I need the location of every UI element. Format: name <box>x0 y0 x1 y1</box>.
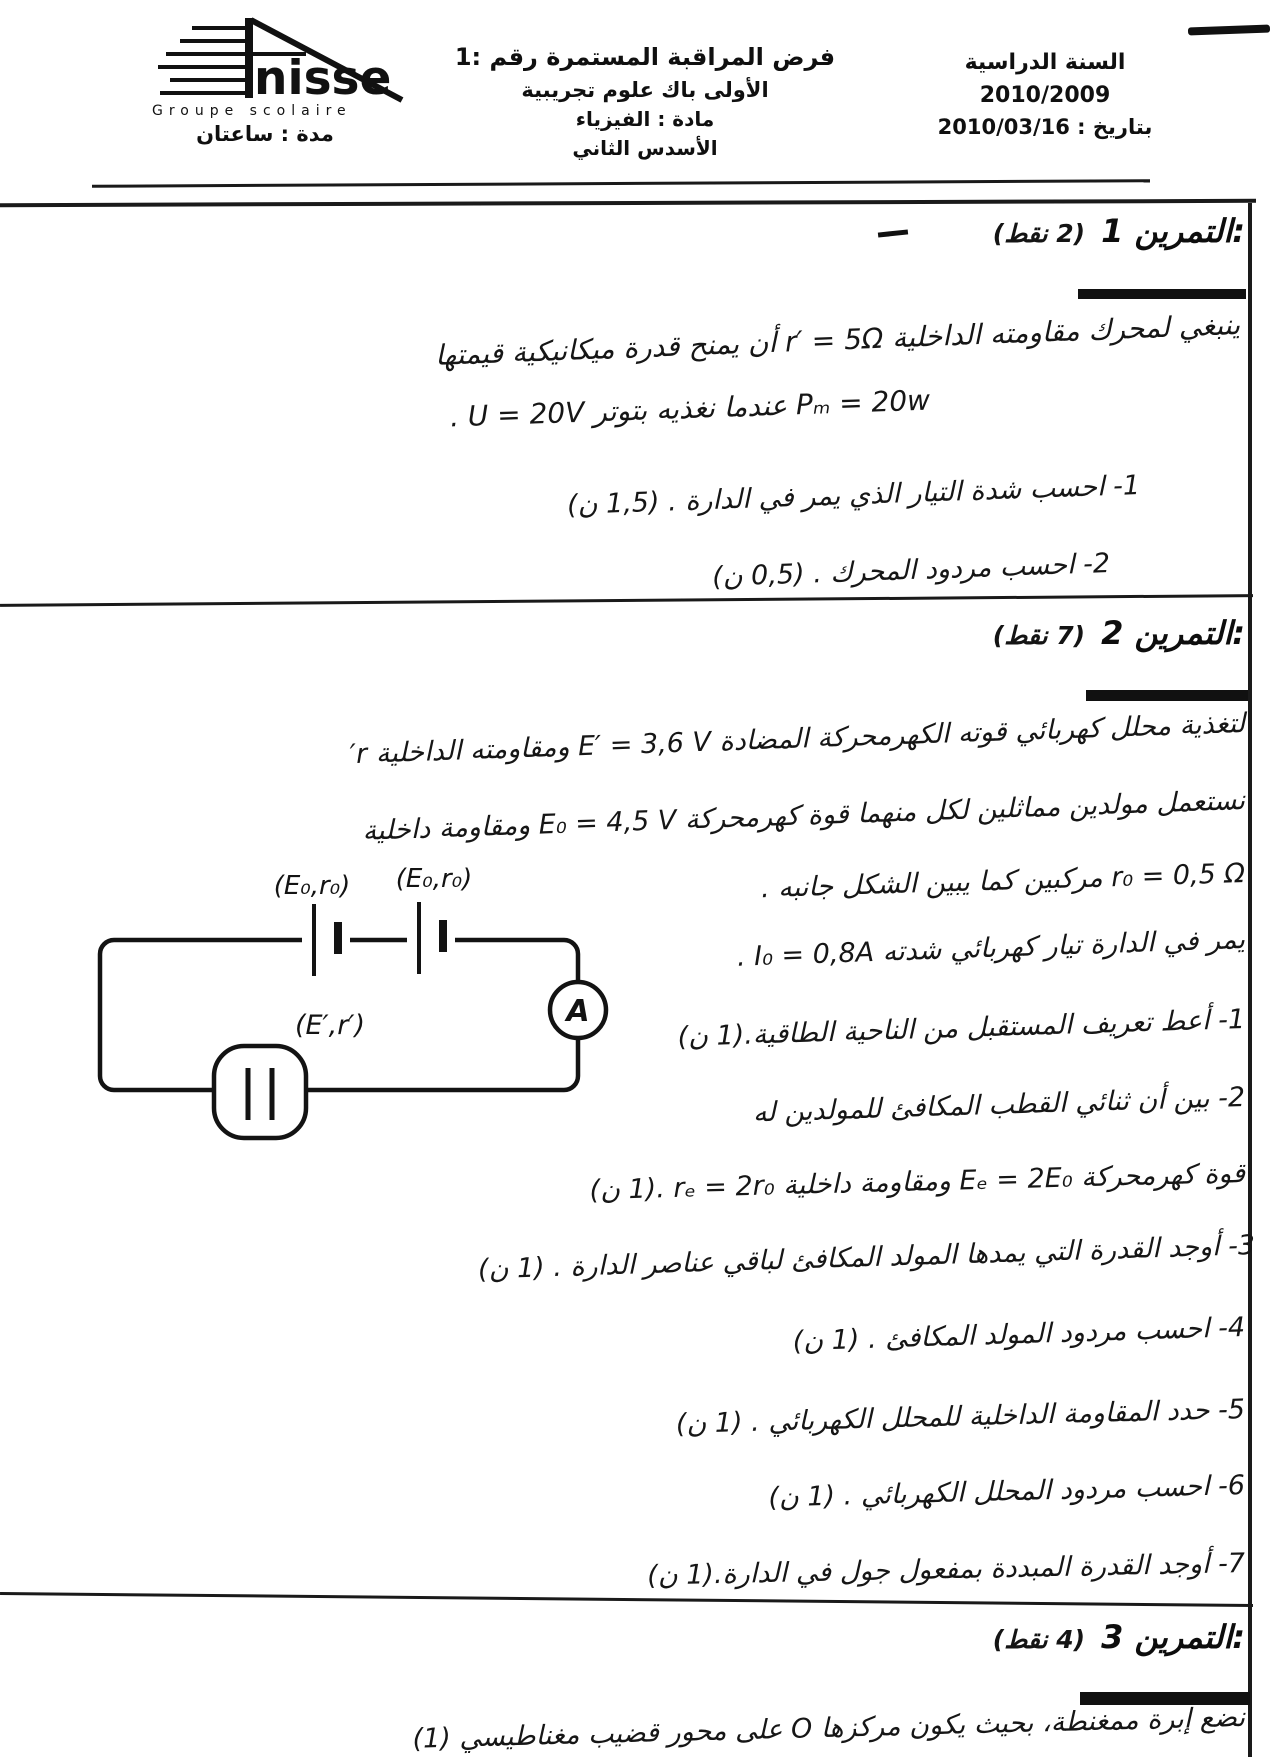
exam-title: فرض المراقبة المستمرة رقم :1 <box>430 40 860 75</box>
exercise1-underline <box>1078 289 1246 299</box>
exercise2-question5: 5- حدد المقاومة الداخلية للمحلل الكهربائ… <box>230 1394 1245 1452</box>
exercise1-title: التمرين 1: <box>1101 212 1245 250</box>
exercise1-intro-line2: Pₘ = 20w عندما نغذيه بتوتر U = 20V . <box>300 378 1081 438</box>
logo-text: nisse <box>254 51 391 106</box>
exercise2-title-row: التمرين 2: (7 نقط) <box>700 614 1245 652</box>
header-rule-2 <box>0 199 1256 207</box>
exercise2-question2-line2: قوة كهرمحركة Eₑ = 2E₀ ومقاومة داخلية rₑ … <box>250 1158 1245 1215</box>
school-year-value: 2010/2009 <box>865 79 1225 112</box>
header-rule-1 <box>92 179 1150 188</box>
generator1-symbol <box>302 904 350 976</box>
generator2-symbol <box>407 902 455 974</box>
exercise2-intro-line1: لتغذية محلل كهربائي قوته الكهرمحركة المض… <box>40 708 1245 781</box>
exercise2-question2-line1: 2- بين أن ثنائي القطب المكافئ للمولدين ل… <box>620 1082 1246 1133</box>
divider-rule-2 <box>0 1592 1253 1607</box>
divider-rule-1 <box>0 594 1253 607</box>
exercise1-intro-line1: ينبغي لمحرك مقاومته الداخلية r′ = 5Ω أن … <box>70 308 1240 386</box>
electrolyzer-label: (E′,r′) <box>295 1010 365 1041</box>
generator1-label: (E₀,r₀) <box>274 871 351 901</box>
exam-subject: مادة : الفيزياء <box>430 105 860 134</box>
exam-date: بتاريخ : 2010/03/16 <box>865 112 1225 144</box>
corner-scan-mark <box>1188 25 1270 36</box>
electrolyzer-symbol <box>214 1046 306 1138</box>
exercise1-points: (2 نقط) <box>993 219 1085 248</box>
exercise2-question1: 1- أعط تعريف المستقبل من الناحية الطاقية… <box>560 1004 1246 1057</box>
exercise1-question1: 1- احسب شدة التيار الذي يمر في الدارة . … <box>420 470 1141 526</box>
exercise2-current-statement: يمر في الدارة تيار كهربائي شدته I₀ = 0,8… <box>620 924 1246 977</box>
exercise1-title-row: التمرين 1: (2 نقط) <box>700 212 1245 250</box>
exam-duration: مدة : ساعتان <box>150 122 380 146</box>
exercise2-points: (7 نقط) <box>993 621 1085 650</box>
exercise2-question7: 7- أوجد القدرة المبددة بمفعول جول في الد… <box>230 1548 1245 1600</box>
margin-rule-vertical <box>1248 203 1252 1757</box>
header-logo: nisse Groupe scolaire <box>130 10 420 122</box>
exercise2-question3: 3- أوجد القدرة التي يمدها المولد المكافئ… <box>120 1230 1255 1297</box>
exercise2-underline <box>1086 690 1248 701</box>
exercise2-intro-line2: نستعمل مولدين مماثلين لكل منهما قوة كهرم… <box>40 785 1245 858</box>
inisse-logo-icon: nisse Groupe scolaire <box>130 10 420 122</box>
exercise3-intro-line1: نضع إبرة ممغنطة، بحيث يكون مركزها O على … <box>60 1702 1245 1757</box>
exam-scan-page: nisse Groupe scolaire مدة : ساعتان فرض ا… <box>0 0 1281 1757</box>
logo-subtitle: Groupe scolaire <box>152 103 352 119</box>
exercise1-question2: 2- احسب مردود المحرك . (0,5 ن) <box>470 548 1111 601</box>
circuit-diagram: A (E₀,r₀) (E₀,r₀) (E′,r′) <box>82 860 622 1150</box>
exercise3-title-row: التمرين 3: (4 نقط) <box>700 1618 1245 1656</box>
exercise3-points: (4 نقط) <box>993 1625 1085 1654</box>
header-center: فرض المراقبة المستمرة رقم :1 الأولى باك … <box>430 40 860 163</box>
header-right: السنة الدراسية 2010/2009 بتاريخ : 2010/0… <box>865 46 1225 144</box>
generator2-label: (E₀,r₀) <box>396 864 473 894</box>
school-year-label: السنة الدراسية <box>865 46 1225 79</box>
exercise2-title: التمرين 2: <box>1101 614 1245 652</box>
exam-level: الأولى باك علوم تجريبية <box>430 75 860 105</box>
exercise2-question4: 4- احسب مردود المولد المكافئ . (1 ن) <box>330 1312 1246 1372</box>
exam-semester: الأسدس الثاني <box>430 134 860 163</box>
exercise2-question6: 6- احسب مردود المحلل الكهربائي . (1 ن) <box>300 1470 1245 1526</box>
exercise3-title: التمرين 3: <box>1101 1618 1245 1656</box>
